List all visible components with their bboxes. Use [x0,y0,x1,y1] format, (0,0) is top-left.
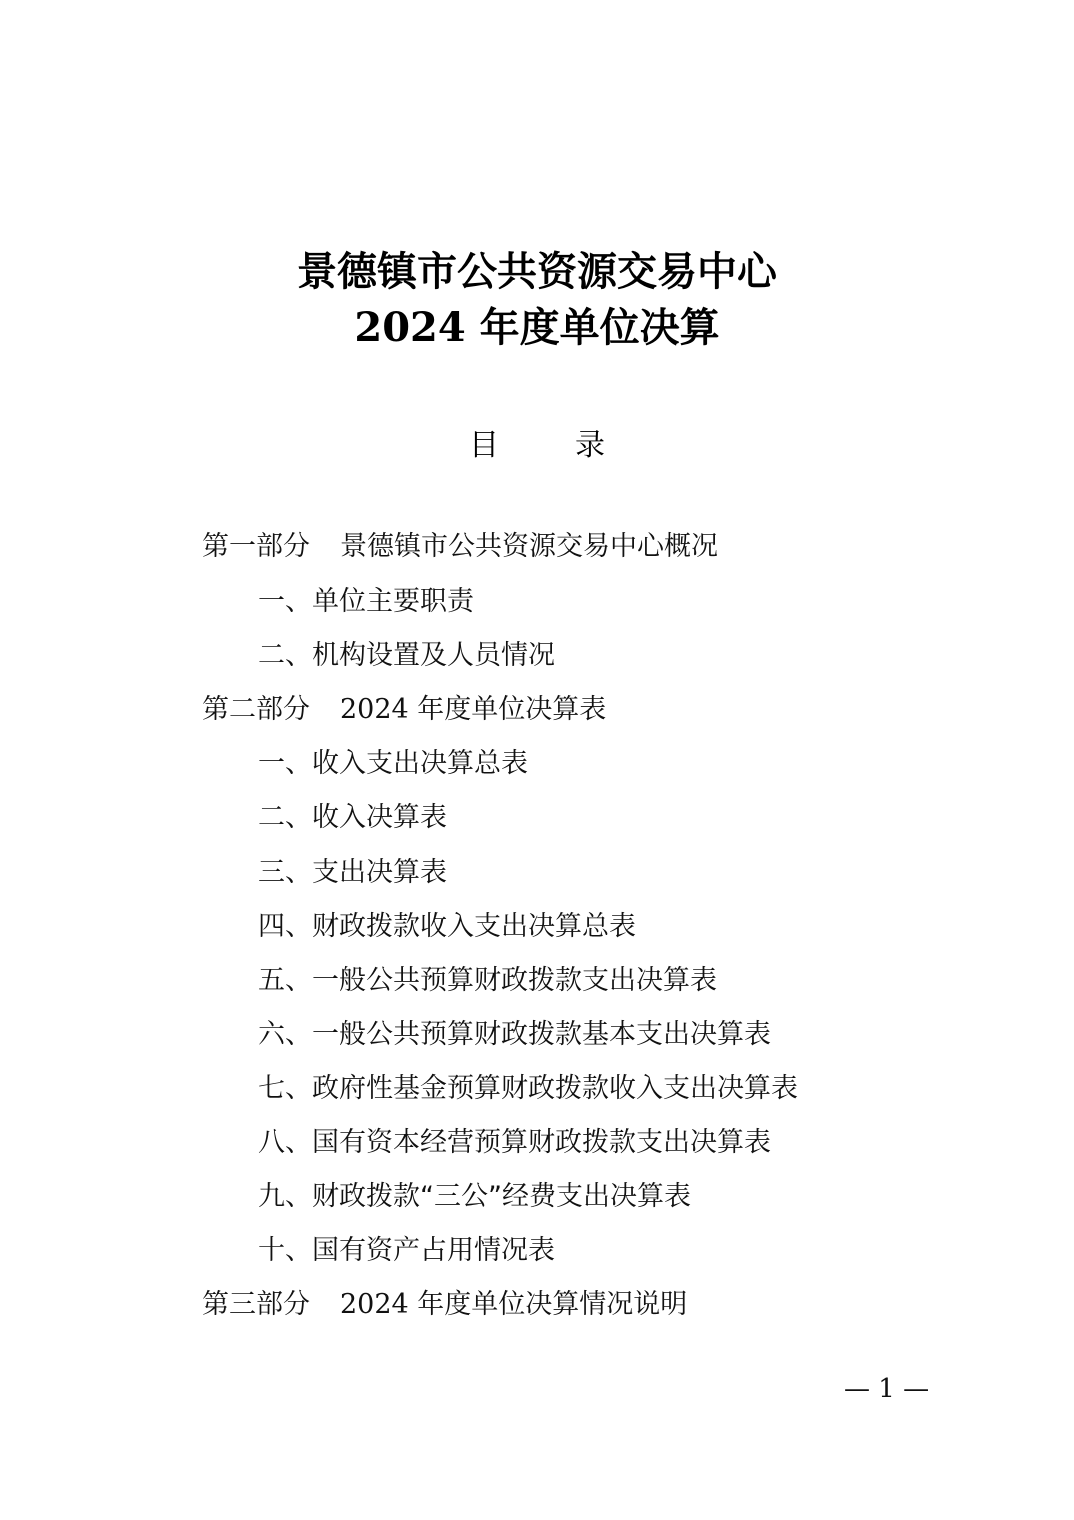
toc-item: 四、财政拨款收入支出决算总表 [258,913,636,940]
toc-item: 五、一般公共预算财政拨款支出决算表 [258,967,717,994]
toc-item: 七、政府性基金预算财政拨款收入支出决算表 [258,1075,798,1102]
toc-item: 九、财政拨款“三公”经费支出决算表 [258,1183,691,1210]
document-page: 景德镇市公共资源交易中心 2024 年度单位决算 目录 第一部分景德镇市公共资源… [0,0,1074,1520]
toc-item: 二、收入决算表 [258,804,447,831]
toc-item: 十、国有资产占用情况表 [258,1237,555,1264]
page-number: — 1 — [844,1374,929,1404]
toc-part-2: 第二部分2024 年度单位决算表 [202,696,606,723]
toc-heading: 目录 [0,420,1074,464]
document-title-line1: 景德镇市公共资源交易中心 [0,252,1074,292]
toc-item: 一、收入支出决算总表 [258,750,528,777]
toc-item: 八、国有资本经营预算财政拨款支出决算表 [258,1129,771,1156]
toc-item: 六、一般公共预算财政拨款基本支出决算表 [258,1021,771,1048]
toc-item: 二、机构设置及人员情况 [258,642,555,669]
part-label: 第二部分 [202,694,310,725]
toc-item: 三、支出决算表 [258,859,447,886]
part-label: 第三部分 [202,1289,310,1320]
part-label: 第一部分 [202,531,310,562]
toc-heading-char-2: 录 [575,420,605,464]
toc-part-3: 第三部分2024 年度单位决算情况说明 [202,1291,687,1318]
toc-heading-char-1: 目 [469,420,499,464]
part-title: 2024 年度单位决算情况说明 [340,1289,687,1320]
toc-part-1: 第一部分景德镇市公共资源交易中心概况 [202,533,718,560]
part-title: 景德镇市公共资源交易中心概况 [340,531,718,562]
toc-item: 一、单位主要职责 [258,588,474,615]
document-title-line2: 2024 年度单位决算 [0,308,1074,348]
part-title: 2024 年度单位决算表 [340,694,606,725]
